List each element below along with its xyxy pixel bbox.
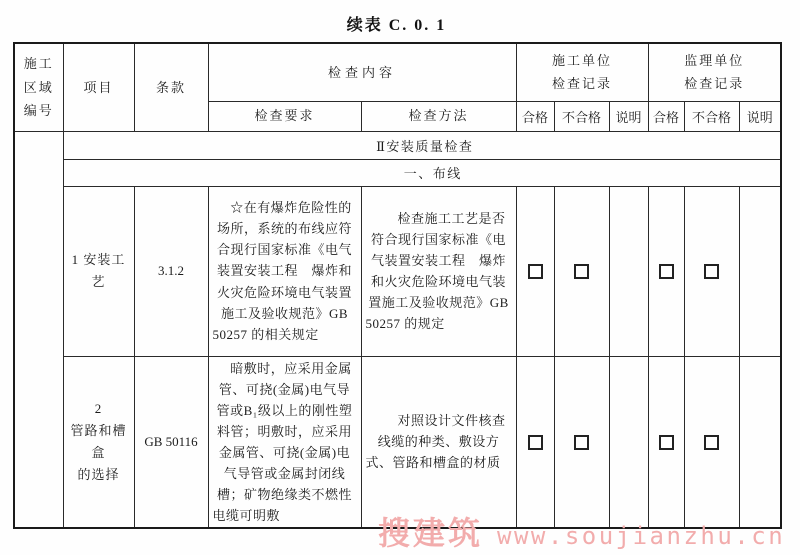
- header-contractor-note: 说明: [609, 101, 648, 131]
- method-cell: 对照设计文件核查线缆的种类、敷设方式、管路和槽盒的材质: [361, 356, 516, 528]
- header-requirement: 检查要求: [208, 101, 361, 131]
- supervisor-pass-cell: [648, 356, 684, 528]
- header-method: 检查方法: [361, 101, 516, 131]
- item-cell: 1 安装工艺: [63, 186, 134, 356]
- table-row: 1 安装工艺 3.1.2 ☆在有爆炸危险性的场所，系统的布线应符合现行国家标准《…: [14, 186, 781, 356]
- clause-cell: 3.1.2: [134, 186, 208, 356]
- supervisor-fail-checkbox[interactable]: [704, 264, 719, 279]
- contractor-fail-checkbox[interactable]: [574, 435, 589, 450]
- header-contractor-pass: 合格: [516, 101, 554, 131]
- supervisor-pass-checkbox[interactable]: [659, 264, 674, 279]
- requirement-cell: ☆在有爆炸危险性的场所，系统的布线应符合现行国家标准《电气装置安装工程 爆炸和火…: [208, 186, 361, 356]
- requirement-cell: 暗敷时，应采用金属管、可挠(金属)电气导管或B₁级以上的刚性塑料管；明敷时，应采…: [208, 356, 361, 528]
- header-supervisor-note: 说明: [739, 101, 781, 131]
- supervisor-note-cell: [739, 186, 781, 356]
- item-cell: 2 管路和槽盒 的选择: [63, 356, 134, 528]
- header-item: 项目: [63, 43, 134, 131]
- contractor-fail-checkbox[interactable]: [574, 264, 589, 279]
- contractor-note-cell: [609, 186, 648, 356]
- section-wiring: 一、布线: [63, 159, 781, 186]
- contractor-note-cell: [609, 356, 648, 528]
- header-supervisor-fail: 不合格: [684, 101, 739, 131]
- table-title: 续表 C. 0. 1: [13, 12, 780, 35]
- contractor-pass-cell: [516, 356, 554, 528]
- area-number-body-cell: [14, 131, 63, 528]
- contractor-pass-checkbox[interactable]: [528, 264, 543, 279]
- contractor-pass-checkbox[interactable]: [528, 435, 543, 450]
- contractor-fail-cell: [554, 356, 609, 528]
- scanned-document-page: 续表 C. 0. 1 施工 区域 编号 项目 条款 检查内容 施工单位 检查记录…: [0, 0, 800, 555]
- header-contractor-record: 施工单位 检查记录: [516, 43, 648, 101]
- clause-cell: GB 50116: [134, 356, 208, 528]
- header-area-number: 施工 区域 编号: [14, 43, 63, 131]
- supervisor-fail-cell: [684, 186, 739, 356]
- supervisor-pass-cell: [648, 186, 684, 356]
- header-supervisor-record: 监理单位 检查记录: [648, 43, 781, 101]
- supervisor-pass-checkbox[interactable]: [659, 435, 674, 450]
- table-row: 2 管路和槽盒 的选择 GB 50116 暗敷时，应采用金属管、可挠(金属)电气…: [14, 356, 781, 528]
- header-supervisor-pass: 合格: [648, 101, 684, 131]
- section-install-quality: Ⅱ安装质量检查: [63, 131, 781, 159]
- header-inspection-content: 检查内容: [208, 43, 516, 101]
- contractor-fail-cell: [554, 186, 609, 356]
- supervisor-fail-cell: [684, 356, 739, 528]
- method-cell: 检查施工工艺是否符合现行国家标准《电气装置安装工程 爆炸和火灾危险环境电气装置施…: [361, 186, 516, 356]
- supervisor-note-cell: [739, 356, 781, 528]
- inspection-checklist-table: 施工 区域 编号 项目 条款 检查内容 施工单位 检查记录 监理单位 检查记录 …: [13, 42, 782, 529]
- header-contractor-fail: 不合格: [554, 101, 609, 131]
- contractor-pass-cell: [516, 186, 554, 356]
- header-clause: 条款: [134, 43, 208, 131]
- supervisor-fail-checkbox[interactable]: [704, 435, 719, 450]
